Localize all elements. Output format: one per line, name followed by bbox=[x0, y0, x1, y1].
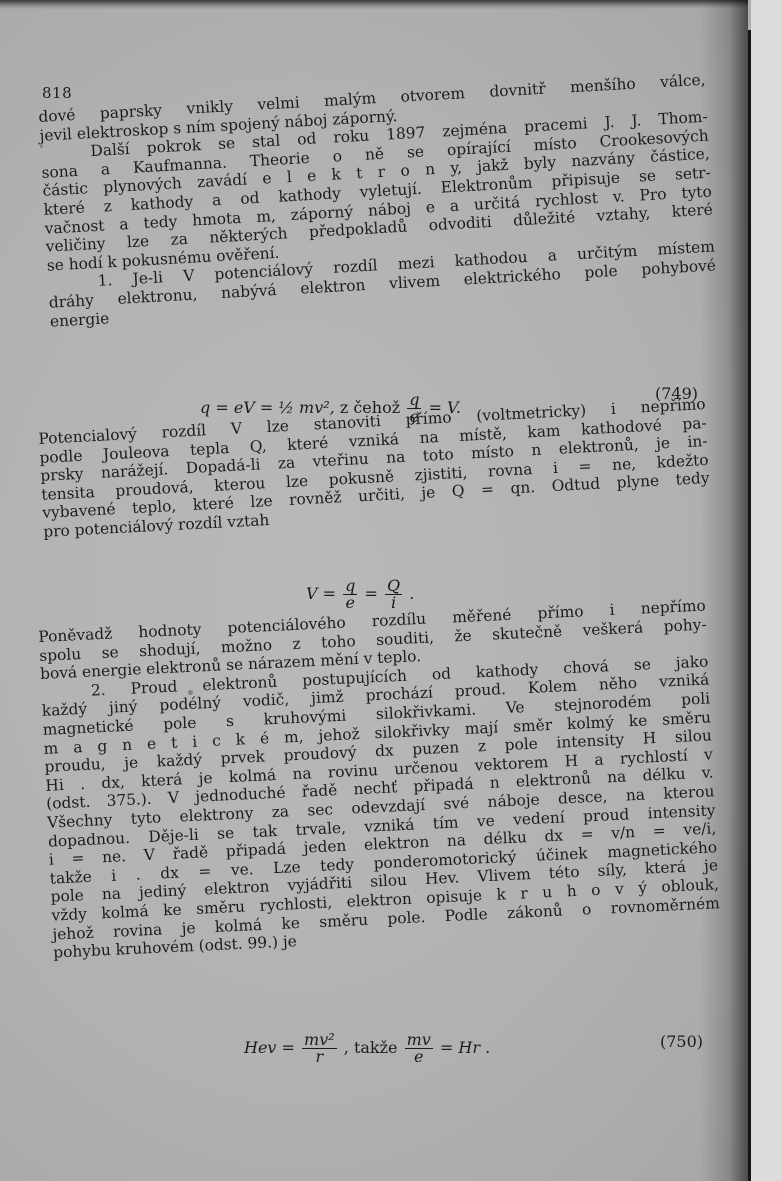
denominator: r bbox=[302, 1049, 337, 1065]
fraction: mv² r bbox=[302, 1032, 337, 1065]
equation-v: V = q e = Q i . bbox=[306, 578, 414, 611]
equation-750: Hev = mv² r , takže mv e = Hr . bbox=[244, 1032, 490, 1065]
equation-lhs: V = bbox=[306, 584, 336, 603]
book-page: 818 dové paprsky vnikly velmi malým otvo… bbox=[0, 0, 748, 1181]
equation-lhs: Hev = bbox=[244, 1038, 295, 1057]
denominator: e bbox=[343, 595, 357, 611]
equation-lhs: q = eV = ½ mv², bbox=[200, 398, 340, 417]
equals-sign: = bbox=[364, 584, 377, 603]
adjacent-page bbox=[751, 0, 782, 1181]
text-block-current: Poněvadž hodnoty potenciálového rozdílu … bbox=[38, 597, 721, 963]
fraction: mv e bbox=[405, 1032, 433, 1065]
paper-speck bbox=[40, 145, 43, 148]
fraction: q e bbox=[343, 578, 357, 611]
text-block-intro: dové paprsky vnikly velmi malým otvorem … bbox=[38, 71, 717, 331]
equation-number: (750) bbox=[660, 1032, 703, 1051]
page-number: 818 bbox=[42, 84, 72, 102]
denominator: e bbox=[405, 1049, 433, 1065]
denominator: i bbox=[385, 595, 402, 611]
fraction: Q i bbox=[385, 578, 402, 611]
period: . bbox=[409, 584, 414, 603]
page-top-edge bbox=[0, 0, 748, 9]
text-block-potential: Potencialový rozdíl V lze stanoviti přím… bbox=[38, 395, 711, 541]
equation-text: , takže bbox=[344, 1038, 398, 1057]
equation-rhs: = Hr . bbox=[440, 1038, 490, 1057]
paper-speck bbox=[188, 690, 193, 695]
